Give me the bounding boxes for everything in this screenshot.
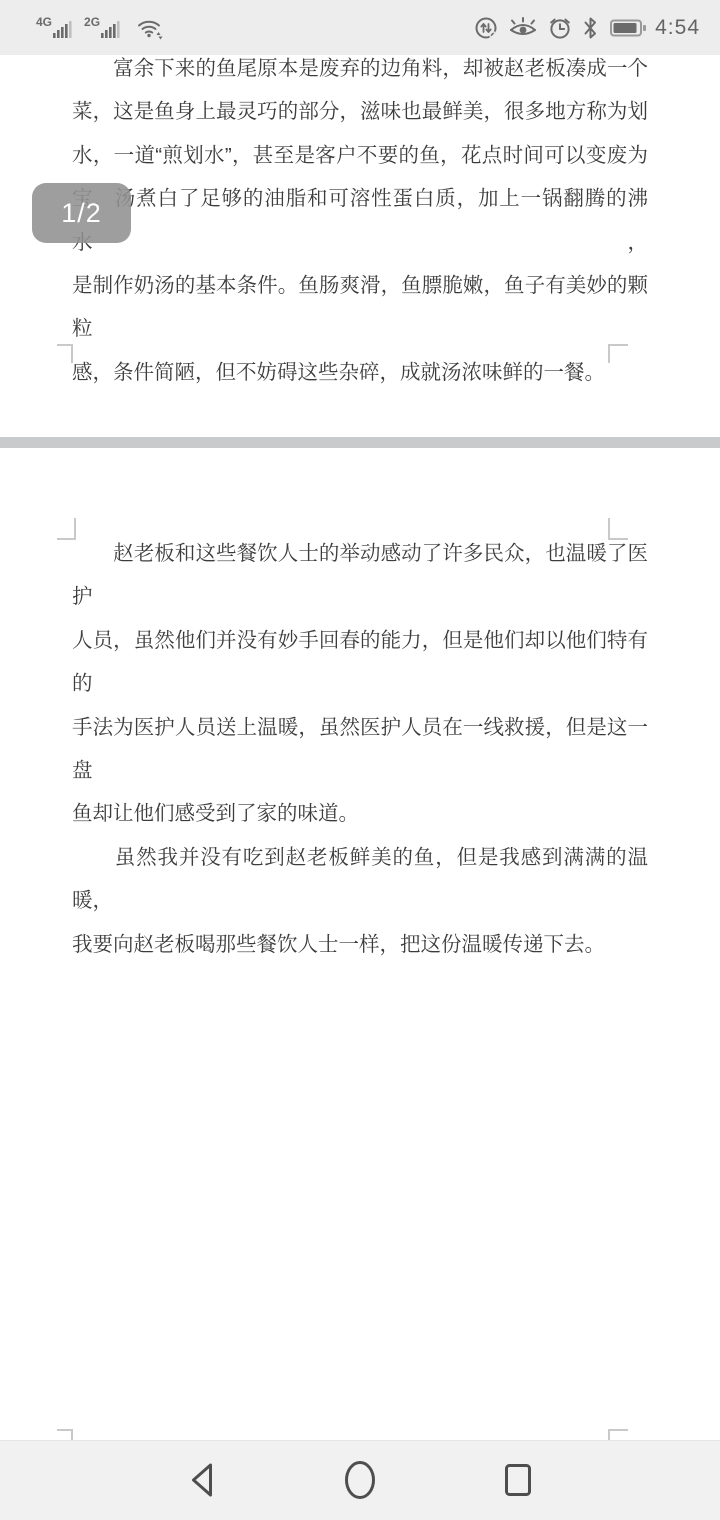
text-line: 虽然我并没有吃到赵老板鲜美的鱼，但是我感到满满的温暖， bbox=[72, 836, 648, 923]
signal-bars-icon bbox=[101, 16, 120, 40]
text-line: 是制作奶汤的基本条件。鱼肠爽滑，鱼膘脆嫩，鱼子有美妙的颗粒 bbox=[72, 264, 648, 351]
text-line: 宝，汤煮白了足够的油脂和可溶性蛋白质，加上一锅翻腾的沸水， bbox=[72, 177, 648, 264]
back-icon bbox=[189, 1461, 215, 1499]
recents-icon bbox=[503, 1462, 533, 1498]
text-line: 水，一道“煎划水”，甚至是客户不要的鱼，花点时间可以变废为 bbox=[72, 134, 648, 177]
network-4g-label: 4G bbox=[36, 16, 52, 28]
alarm-icon bbox=[547, 15, 573, 41]
margin-mark-bottom-right-p2 bbox=[608, 1429, 628, 1440]
battery-icon bbox=[610, 18, 647, 38]
navigation-bar bbox=[0, 1440, 720, 1520]
recents-button[interactable] bbox=[488, 1450, 548, 1510]
page-indicator-label: 1/2 bbox=[61, 198, 102, 229]
text-line: 赵老板和这些餐饮人士的举动感动了许多民众，也温暖了医护 bbox=[72, 532, 648, 619]
clock-text: 4:54 bbox=[655, 16, 700, 40]
margin-mark-bottom-left-p1 bbox=[57, 344, 73, 363]
text-line: 菜，这是鱼身上最灵巧的部分，滋味也最鲜美，很多地方称为划 bbox=[72, 90, 648, 133]
text-line: 鱼却让他们感受到了家的味道。 bbox=[72, 792, 648, 835]
back-button[interactable] bbox=[172, 1450, 232, 1510]
text-line: 富余下来的鱼尾原本是废弃的边角料，却被赵老板凑成一个 bbox=[72, 47, 648, 90]
signal-bars-icon bbox=[53, 16, 72, 40]
text-line: 感，条件简陋，但不妨碍这些杂碎，成就汤浓味鲜的一餐。 bbox=[72, 351, 648, 394]
phone-screen: 4G 2G bbox=[0, 0, 720, 1520]
home-button[interactable] bbox=[330, 1450, 390, 1510]
eye-comfort-icon bbox=[508, 15, 538, 41]
text-line: 我要向赵老板喝那些餐饮人士一样，把这份温暖传递下去。 bbox=[72, 923, 648, 966]
page-indicator-badge: 1/2 bbox=[32, 183, 131, 243]
page-divider bbox=[0, 437, 720, 448]
text-line: 手法为医护人员送上温暖，虽然医护人员在一线救援，但是这一盘 bbox=[72, 706, 648, 793]
bluetooth-icon bbox=[582, 15, 599, 41]
wifi-icon bbox=[136, 16, 164, 40]
page-1-text: 富余下来的鱼尾原本是废弃的边角料，却被赵老板凑成一个菜，这是鱼身上最灵巧的部分，… bbox=[72, 47, 648, 394]
margin-mark-bottom-right-p1 bbox=[608, 344, 628, 363]
network-4g-indicator: 4G bbox=[36, 16, 72, 40]
data-saver-icon bbox=[473, 15, 499, 41]
network-2g-indicator: 2G bbox=[84, 16, 120, 40]
network-2g-label: 2G bbox=[84, 16, 100, 28]
text-line: 人员，虽然他们并没有妙手回春的能力，但是他们却以他们特有的 bbox=[72, 619, 648, 706]
margin-mark-bottom-left-p2 bbox=[57, 1429, 73, 1440]
page-2-text: 赵老板和这些餐饮人士的举动感动了许多民众，也温暖了医护人员，虽然他们并没有妙手回… bbox=[72, 532, 648, 966]
home-icon bbox=[343, 1459, 377, 1501]
